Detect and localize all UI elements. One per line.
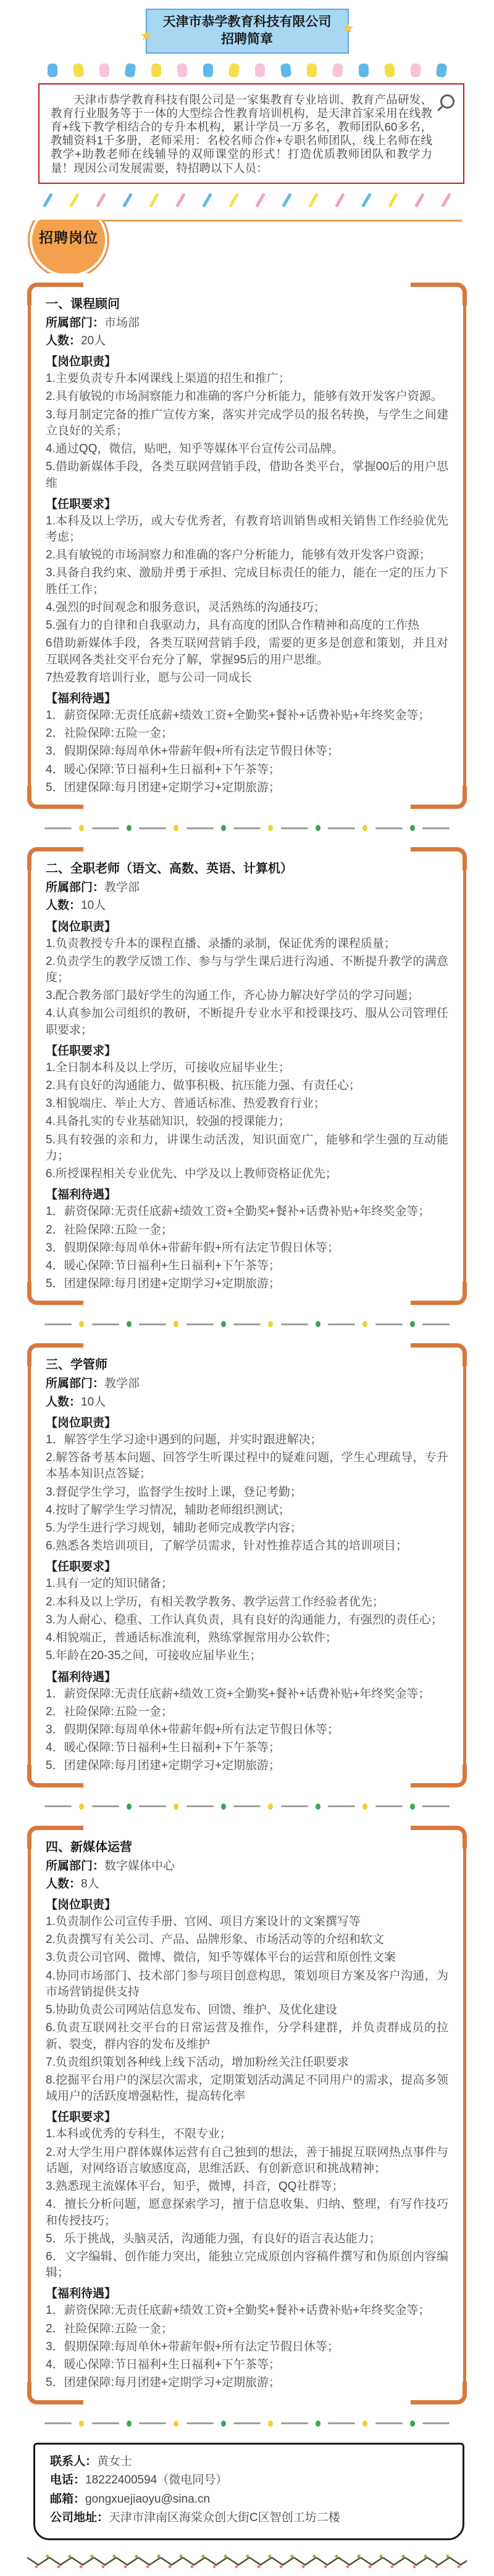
company-name: 天津市恭学教育科技有限公司 xyxy=(163,14,332,31)
job-card-new-media-operator: 四、新媒体运营 所属部门：数字媒体中心 人数：8人 【岗位职责】 1.负责制作公… xyxy=(27,1826,467,2404)
job-title: 四、新媒体运营 xyxy=(46,1837,448,1855)
benefits-list: 1．薪资保障:无责任底薪+绩效工资+全勤奖+餐补+话费补贴+年终奖金等；2．社险… xyxy=(46,1686,448,1775)
job-title: 二、全职老师（语文、高数、英语、计算机） xyxy=(46,858,448,876)
list-item: 4.认真参加公司组织的教研，不断提升专业水平和授课技巧、服从公司管理任职要求； xyxy=(46,1006,448,1038)
list-item: 5.为学生进行学习规划，辅助老师完成教学内容； xyxy=(46,1520,448,1536)
header-title-box: ★ 天津市恭学教育科技有限公司 招聘简章 ★ xyxy=(146,9,349,54)
list-item: 6.负责互联网社交平台的日常运营及推作，分学科建群，并负责群成员的拉新、裂变，群… xyxy=(46,2020,448,2052)
headcount-label: 人数： xyxy=(46,334,81,347)
duties-heading: 【岗位职责】 xyxy=(46,917,448,934)
dash-dot-divider xyxy=(44,825,450,831)
list-item: 3.每月制定完备的推广宣传方案，落实并完成学员的报名转换，与学生之间建立良好的关… xyxy=(46,407,448,439)
list-item: 5.具有较强的亲和力，讲课生动活泼，知识面宽广，能够和学生强的互动能力； xyxy=(46,1132,448,1164)
dash-dot-divider xyxy=(44,2421,450,2427)
list-item: 6.所授课程相关专业优先、中学及以上教师资格证优先； xyxy=(46,1166,448,1182)
list-item: 5.年龄在20-35之间，可接收应届毕业生； xyxy=(46,1648,448,1664)
decor-slash-strip xyxy=(0,191,494,210)
department-label: 所属部门： xyxy=(46,317,104,329)
list-item: 1.本科及以上学历，或大专优秀者，有教育培训销售或相关销售工作经验优先考虑； xyxy=(46,513,448,545)
contact-email: gongxuejiaoyu@sina.cn xyxy=(85,2493,210,2506)
list-item: 4.相貌端正，普通话标准流利，熟练掌握常用办公软件； xyxy=(46,1630,448,1646)
list-item: 7.负责组织策划各种线上线下活动，增加粉丝关注任职要求 xyxy=(46,2055,448,2071)
requirements-list: 1.本科及以上学历，或大专优秀者，有教育培训销售或相关销售工作经验优先考虑；2.… xyxy=(46,513,448,686)
list-item: 4．暖心保障:节日福利+生日福利+下午茶等； xyxy=(46,2357,448,2373)
headcount-value: 10人 xyxy=(81,899,106,912)
job-card-course-consultant: 一、课程顾问 所属部门：市场部 人数：20人 【岗位职责】 1.主要负责专升本网… xyxy=(27,283,467,809)
list-item: 4.通过QQ，微信，贴吧，知乎等媒体平台宣传公司品牌。 xyxy=(46,441,448,457)
list-item: 5.借助新媒体手段，各类互联网营销手段，借助各类平台，掌握00后的用户思维 xyxy=(46,459,448,491)
list-item: 5．团建保障:每月团建+定期学习+定期旅游； xyxy=(46,1758,448,1774)
duties-heading: 【岗位职责】 xyxy=(46,352,448,369)
department-label: 所属部门： xyxy=(46,1860,104,1873)
list-item: 5．团建保障:每月团建+定期学习+定期旅游； xyxy=(46,780,448,796)
list-item: 5.强有力的自律和自我驱动力，具有高度的团队合作精神和高度的工作热 xyxy=(46,618,448,634)
list-item: 1.负责制作公司宣传手册、官网、项目方案设计的文案撰写等 xyxy=(46,1914,448,1930)
department-value: 市场部 xyxy=(104,317,140,329)
benefits-heading: 【福利待遇】 xyxy=(46,1185,448,1202)
list-item: 1.本科或优秀的专科生，不限专业； xyxy=(46,2126,448,2142)
list-item: 3.熟悉现主流媒体平台，知乎，微博，抖音，QQ社群等； xyxy=(46,2179,448,2195)
requirements-list: 1.本科或优秀的专科生，不限专业；2.对大学生用户群体媒体运营有自己独到的想法，… xyxy=(46,2126,448,2281)
list-item: 3．假期保障:每周单休+带薪年假+所有法定节假日休等； xyxy=(46,743,448,760)
list-item: 4．暖心保障:节日福利+生日福利+下午茶等； xyxy=(46,1258,448,1274)
headcount-value: 8人 xyxy=(81,1878,99,1891)
requirements-heading: 【任职要求】 xyxy=(46,1042,448,1058)
dash-dot-divider xyxy=(44,1321,450,1327)
department-value: 数字媒体中心 xyxy=(104,1860,175,1873)
list-item: 1．薪资保障:无责任底薪+绩效工资+全勤奖+餐补+话费补贴+年终奖金等； xyxy=(46,1204,448,1220)
job-title: 一、课程顾问 xyxy=(46,294,448,312)
list-item: 2.负责学生的教学反馈工作、参与与学生课后进行沟通、不断提升教学的满意度； xyxy=(46,954,448,986)
list-item: 6．文字编辑、创作能力突出，能独立完成原创内容稿件撰写和伪原创内容编辑； xyxy=(46,2249,448,2281)
list-item: 2．社险保障:五险一金； xyxy=(46,1704,448,1720)
list-item: 2.解答备考基本问题、回答学生听课过程中的疑难问题，学生心理疏导，专升本基本知识… xyxy=(46,1450,448,1482)
list-item: 2.本科及以上学历，有相关教学教务、教学运营工作经验者优先； xyxy=(46,1594,448,1610)
list-item: 1．解答学生学习途中遇到的问题，并实时跟进解决； xyxy=(46,1432,448,1448)
benefits-list: 1．薪资保障:无责任底薪+绩效工资+全勤奖+餐补+话费补贴+年终奖金等；2．社险… xyxy=(46,708,448,796)
requirements-heading: 【任职要求】 xyxy=(46,1557,448,1574)
zigzag-decor xyxy=(0,2549,494,2576)
list-item: 4.按时了解学生学习情况，辅助老师组织测试； xyxy=(46,1502,448,1518)
duties-heading: 【岗位职责】 xyxy=(46,1895,448,1912)
list-item: 1．薪资保障:无责任底薪+绩效工资+全勤奖+餐补+话费补贴+年终奖金等； xyxy=(46,2303,448,2319)
company-intro-text: 天津市恭学教育科技有限公司是一家集教育专业培训、教育产品研发、教育行业服务等于一… xyxy=(51,93,451,175)
list-item: 3.督促学生学习，监督学生按时上课，登记考勤； xyxy=(46,1485,448,1501)
list-item: 2.具有良好的沟通能力、做事积极、抗压能力强、有责任心； xyxy=(46,1078,448,1094)
list-item: 3.为人耐心、稳重、工作认真负责，具有良好的沟通能力，有强烈的责任心； xyxy=(46,1612,448,1628)
dash-dot-divider xyxy=(44,1804,450,1810)
list-item: 4．擅长分析问题，愿意探索学习，擅于信息收集、归纳、整理，有写作技巧和传授技巧； xyxy=(46,2197,448,2229)
list-item: 2．社险保障:五险一金； xyxy=(46,726,448,742)
duties-heading: 【岗位职责】 xyxy=(46,1414,448,1430)
requirements-list: 1.全日制本科及以上学历，可接收应届毕业生；2.具有良好的沟通能力、做事积极、抗… xyxy=(46,1060,448,1183)
headcount-label: 人数： xyxy=(46,1396,81,1409)
requirements-list: 1.具有一定的知识储备；2.本科及以上学历，有相关教学教务、教学运营工作经验者优… xyxy=(46,1576,448,1664)
benefits-heading: 【福利待遇】 xyxy=(46,1668,448,1684)
benefits-list: 1．薪资保障:无责任底薪+绩效工资+全勤奖+餐补+话费补贴+年终奖金等；2．社险… xyxy=(46,2303,448,2391)
jobs-badge-label: 招聘岗位 xyxy=(39,226,98,273)
list-item: 5．团建保障:每月团建+定期学习+定期旅游； xyxy=(46,2375,448,2391)
list-item: 2.负责撰写有关公司、产品、品牌形象、市场活动等的介绍和软文 xyxy=(46,1932,448,1948)
company-intro-box: 天津市恭学教育科技有限公司是一家集教育专业培训、教育产品研发、教育行业服务等于一… xyxy=(38,83,464,184)
contact-address-label: 公司地址： xyxy=(50,2511,109,2524)
duties-list: 1.主要负责专升本网课线上渠道的招生和推广；2.具有敏锐的市场洞察能力和准确的客… xyxy=(46,371,448,492)
contact-phone: 18222400594（微电同号） xyxy=(85,2474,227,2487)
department-value: 教学部 xyxy=(104,1377,140,1390)
list-item: 8.挖掘平台用户的深层次需求，定期策划活动满足不同用户的需求，提高多领域用户的活… xyxy=(46,2073,448,2105)
benefits-list: 1．薪资保障:无责任底薪+绩效工资+全勤奖+餐补+话费补贴+年终奖金等；2．社险… xyxy=(46,1204,448,1292)
list-item: 2.具有敏锐的市场洞察能力和准确的客户分析能力，能够有效开发客户资源。 xyxy=(46,389,448,405)
list-item: 3.配合教务部门最好学生的沟通工作，齐心协力解决好学员的学习问题； xyxy=(46,988,448,1004)
list-item: 2.具有敏锐的市场洞察力和准确的客户分析能力，能够有效开发客户资源； xyxy=(46,547,448,563)
list-item: 3．假期保障:每周单休+带薪年假+所有法定节假日休等； xyxy=(46,1240,448,1256)
list-item: 3.相貌端庄、举止大方、普通话标准、热爱教育行业； xyxy=(46,1096,448,1112)
list-item: 4．暖心保障:节日福利+生日福利+下午茶等； xyxy=(46,1740,448,1756)
job-title: 三、学管师 xyxy=(46,1354,448,1372)
header: ★ 天津市恭学教育科技有限公司 招聘简章 ★ xyxy=(0,0,494,54)
headcount-value: 20人 xyxy=(81,334,106,347)
headcount-label: 人数： xyxy=(46,1878,81,1891)
list-item: 3．假期保障:每周单休+带薪年假+所有法定节假日休等； xyxy=(46,1722,448,1738)
benefits-heading: 【福利待遇】 xyxy=(46,689,448,706)
department-label: 所属部门： xyxy=(46,881,104,894)
job-card-fulltime-teacher: 二、全职老师（语文、高数、英语、计算机） 所属部门：教学部 人数：10人 【岗位… xyxy=(27,847,467,1305)
jobs-badge: 招聘岗位 xyxy=(30,220,107,273)
page-title: 招聘简章 xyxy=(163,31,332,48)
jobs-section-header: 招聘岗位 xyxy=(0,215,494,274)
list-item: 5．乐于挑战，头脑灵活，沟通能力强，有良好的语言表达能力； xyxy=(46,2231,448,2247)
department-value: 教学部 xyxy=(104,881,140,894)
list-item: 5.协助负责公司网站信息发布、回馈、维护、及优化建设 xyxy=(46,2002,448,2018)
list-item: 3.负责公司官网、微博、微信，知乎等媒体平台的运营和原创性文案 xyxy=(46,1950,448,1966)
contact-card: 联系人：黄女士 电话：18222400594（微电同号） 邮箱：gongxuej… xyxy=(33,2443,464,2540)
search-icon[interactable] xyxy=(440,94,454,109)
list-item: 1．薪资保障:无责任底薪+绩效工资+全勤奖+餐补+话费补贴+年终奖金等； xyxy=(46,708,448,724)
star-icon: ★ xyxy=(342,20,354,36)
headcount-label: 人数： xyxy=(46,899,81,912)
requirements-heading: 【任职要求】 xyxy=(46,495,448,511)
list-item: 4.具备扎实的专业基础知识，较强的授课能力； xyxy=(46,1114,448,1130)
list-item: 1．薪资保障:无责任底薪+绩效工资+全勤奖+餐补+话费补贴+年终奖金等； xyxy=(46,1686,448,1702)
list-item: 5．团建保障:每月团建+定期学习+定期旅游； xyxy=(46,1276,448,1292)
list-item: 2．社险保障:五险一金； xyxy=(46,2321,448,2337)
contact-name: 黄女士 xyxy=(97,2455,132,2468)
list-item: 2.对大学生用户群体媒体运营有自己独到的想法，善于捕捉互联网热点事件与话题，对网… xyxy=(46,2145,448,2177)
job-card-study-supervisor: 三、学管师 所属部门：教学部 人数：10人 【岗位职责】 1．解答学生学习途中遇… xyxy=(27,1343,467,1787)
duties-list: 1.负责制作公司宣传手册、官网、项目方案设计的文案撰写等2.负责撰写有关公司、产… xyxy=(46,1914,448,2105)
list-item: 1.主要负责专升本网课线上渠道的招生和推广； xyxy=(46,371,448,387)
list-item: 3.具备自我约束、激励并勇于承担、完成目标责任的能力，能在一定的压力下胜任工作； xyxy=(46,565,448,597)
benefits-heading: 【福利待遇】 xyxy=(46,2284,448,2301)
duties-list: 1.负责教授专升本的课程直播、录播的录制，保证优秀的课程质量；2.负责学生的教学… xyxy=(46,936,448,1038)
contact-phone-label: 电话： xyxy=(50,2474,85,2487)
requirements-heading: 【任职要求】 xyxy=(46,2108,448,2124)
headcount-value: 10人 xyxy=(81,1396,106,1409)
contact-name-label: 联系人： xyxy=(50,2455,97,2468)
star-icon: ★ xyxy=(140,28,153,44)
list-item: 6.熟悉各类培训项目，了解学员需求，针对性推荐适合其的培训项目； xyxy=(46,1538,448,1554)
duties-list: 1．解答学生学习途中遇到的问题，并实时跟进解决；2.解答备考基本问题、回答学生听… xyxy=(46,1432,448,1555)
contact-email-label: 邮箱： xyxy=(50,2493,85,2506)
list-item: 4．暖心保障:节日福利+生日福利+下午茶等； xyxy=(46,762,448,778)
list-item: 2．社险保障:五险一金； xyxy=(46,1222,448,1238)
list-item: 4.强烈的时间观念和服务意识，灵活熟练的沟通技巧； xyxy=(46,600,448,616)
contact-address: 天津市津南区海棠众创大街C区智创工坊二楼 xyxy=(109,2511,340,2524)
list-item: 4.协同市场部门、技术部门参与项目创意构思，策划项目方案及客户沟通，为市场营销提… xyxy=(46,1968,448,2000)
list-item: 1.具有一定的知识储备； xyxy=(46,1576,448,1592)
list-item: 1.负责教授专升本的课程直播、录播的录制，保证优秀的课程质量； xyxy=(46,936,448,952)
list-item: 3．假期保障:每周单休+带薪年假+所有法定节假日休等； xyxy=(46,2339,448,2355)
department-label: 所属部门： xyxy=(46,1377,104,1390)
decor-rect-strip xyxy=(0,64,494,77)
list-item: 6借助新媒体手段，各类互联网营销手段，需要的更多是创意和策划，并且对互联网各类社… xyxy=(46,636,448,668)
list-item: 1.全日制本科及以上学历，可接收应届毕业生； xyxy=(46,1060,448,1076)
list-item: 7热爱教育培训行业，愿与公司一同成长 xyxy=(46,670,448,686)
